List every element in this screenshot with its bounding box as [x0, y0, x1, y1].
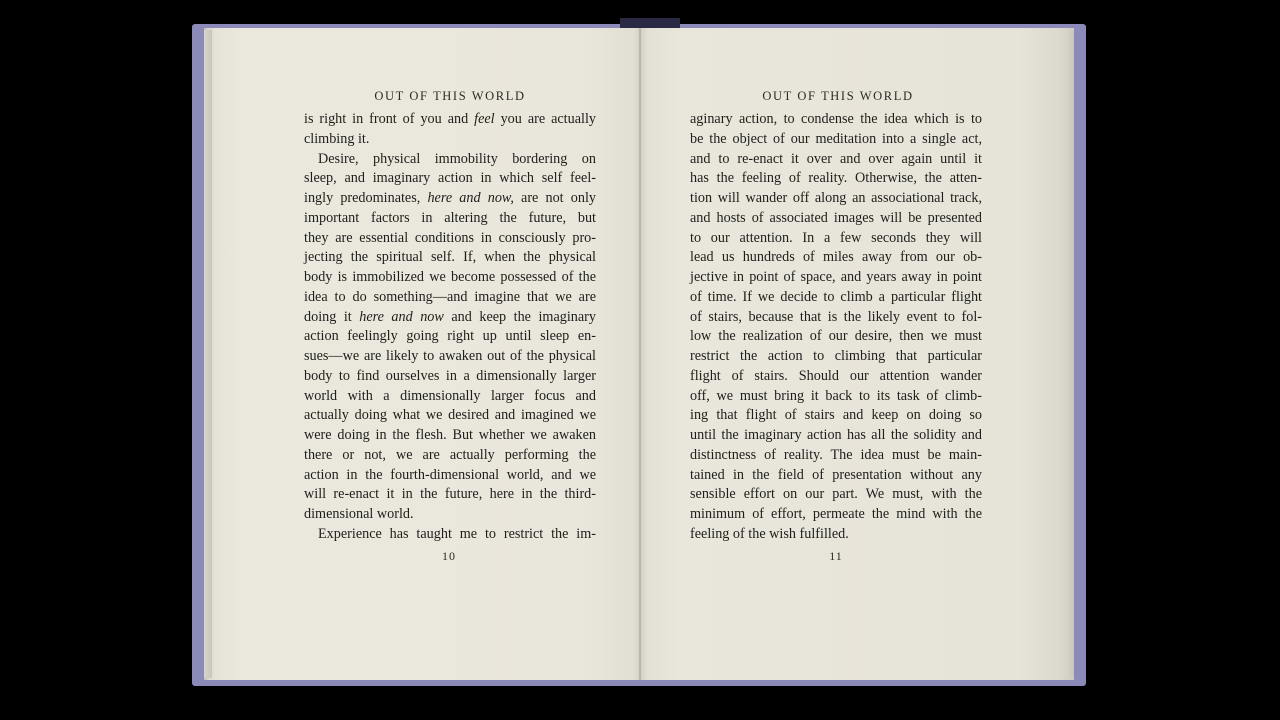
- text-line: sensible effort on our part. We must, wi…: [690, 485, 982, 505]
- text-line: restrict the action to climbing that par…: [690, 347, 982, 367]
- text-line: tained in the field of presentation with…: [690, 466, 982, 486]
- text-line: body to find ourselves in a dimensionall…: [304, 367, 596, 387]
- text-line: and hosts of associated images will be p…: [690, 209, 982, 229]
- text-line: distinctness of reality. The idea must b…: [690, 446, 982, 466]
- book-gutter: [639, 28, 641, 680]
- text-line: Experience has taught me to restrict the…: [304, 525, 596, 545]
- text-line: tion will wander off along an associatio…: [690, 189, 982, 209]
- text-line: jective in point of space, and years awa…: [690, 268, 982, 288]
- text-line: ingly predominates, here and now, are no…: [304, 189, 596, 209]
- text-line: flight of stairs. Should our attention w…: [690, 367, 982, 387]
- text-line: jecting the spiritual self. If, when the…: [304, 248, 596, 268]
- text-line: body is immobilized we become possessed …: [304, 268, 596, 288]
- text-line: dimensional world.: [304, 505, 596, 525]
- right-page-edges: [1066, 30, 1074, 678]
- text-line: off, we must bring it back to its task o…: [690, 387, 982, 407]
- text-line: were doing in the flesh. But whether we …: [304, 426, 596, 446]
- right-running-head: OUT OF THIS WORLD: [688, 89, 988, 104]
- text-line: sleep, and imaginary action in which sel…: [304, 169, 596, 189]
- text-line: is right in front of you and feel you ar…: [304, 110, 596, 130]
- right-page-text: aginary action, to condense the idea whi…: [690, 110, 982, 545]
- text-line: of time. If we decide to climb a particu…: [690, 288, 982, 308]
- right-page-number: 11: [806, 549, 866, 564]
- text-line: world with a dimensionally larger focus …: [304, 387, 596, 407]
- left-page-text: is right in front of you and feel you ar…: [304, 110, 596, 545]
- text-line: aginary action, to condense the idea whi…: [690, 110, 982, 130]
- text-line: action feelingly going right up until sl…: [304, 327, 596, 347]
- left-running-head: OUT OF THIS WORLD: [300, 89, 600, 104]
- text-line: lead us hundreds of miles away from our …: [690, 248, 982, 268]
- left-page-number: 10: [419, 549, 479, 564]
- text-line: has the feeling of reality. Otherwise, t…: [690, 169, 982, 189]
- text-line: until the imaginary action has all the s…: [690, 426, 982, 446]
- text-line: important factors in altering the future…: [304, 209, 596, 229]
- text-line: there or not, we are actually performing…: [304, 446, 596, 466]
- text-line: and to re-enact it over and over again u…: [690, 150, 982, 170]
- text-line: Desire, physical immobility bordering on: [304, 150, 596, 170]
- text-line: climbing it.: [304, 130, 596, 150]
- spine-top-shadow: [620, 18, 680, 28]
- text-line: actually doing what we desired and imagi…: [304, 406, 596, 426]
- text-line: minimum of effort, permeate the mind wit…: [690, 505, 982, 525]
- text-line: low the realization of our desire, then …: [690, 327, 982, 347]
- text-line: be the object of our meditation into a s…: [690, 130, 982, 150]
- text-line: ing that flight of stairs and keep on do…: [690, 406, 982, 426]
- text-line: doing it here and now and keep the imagi…: [304, 308, 596, 328]
- text-line: they are essential conditions in conscio…: [304, 229, 596, 249]
- text-line: sues—we are likely to awaken out of the …: [304, 347, 596, 367]
- text-line: feeling of the wish fulfilled.: [690, 525, 982, 545]
- text-line: action in the fourth-dimensional world, …: [304, 466, 596, 486]
- text-line: to our attention. In a few seconds they …: [690, 229, 982, 249]
- left-page-edges: [204, 30, 212, 678]
- text-line: will re-enact it in the future, here in …: [304, 485, 596, 505]
- text-line: idea to do something—and imagine that we…: [304, 288, 596, 308]
- text-line: of stairs, because that is the likely ev…: [690, 308, 982, 328]
